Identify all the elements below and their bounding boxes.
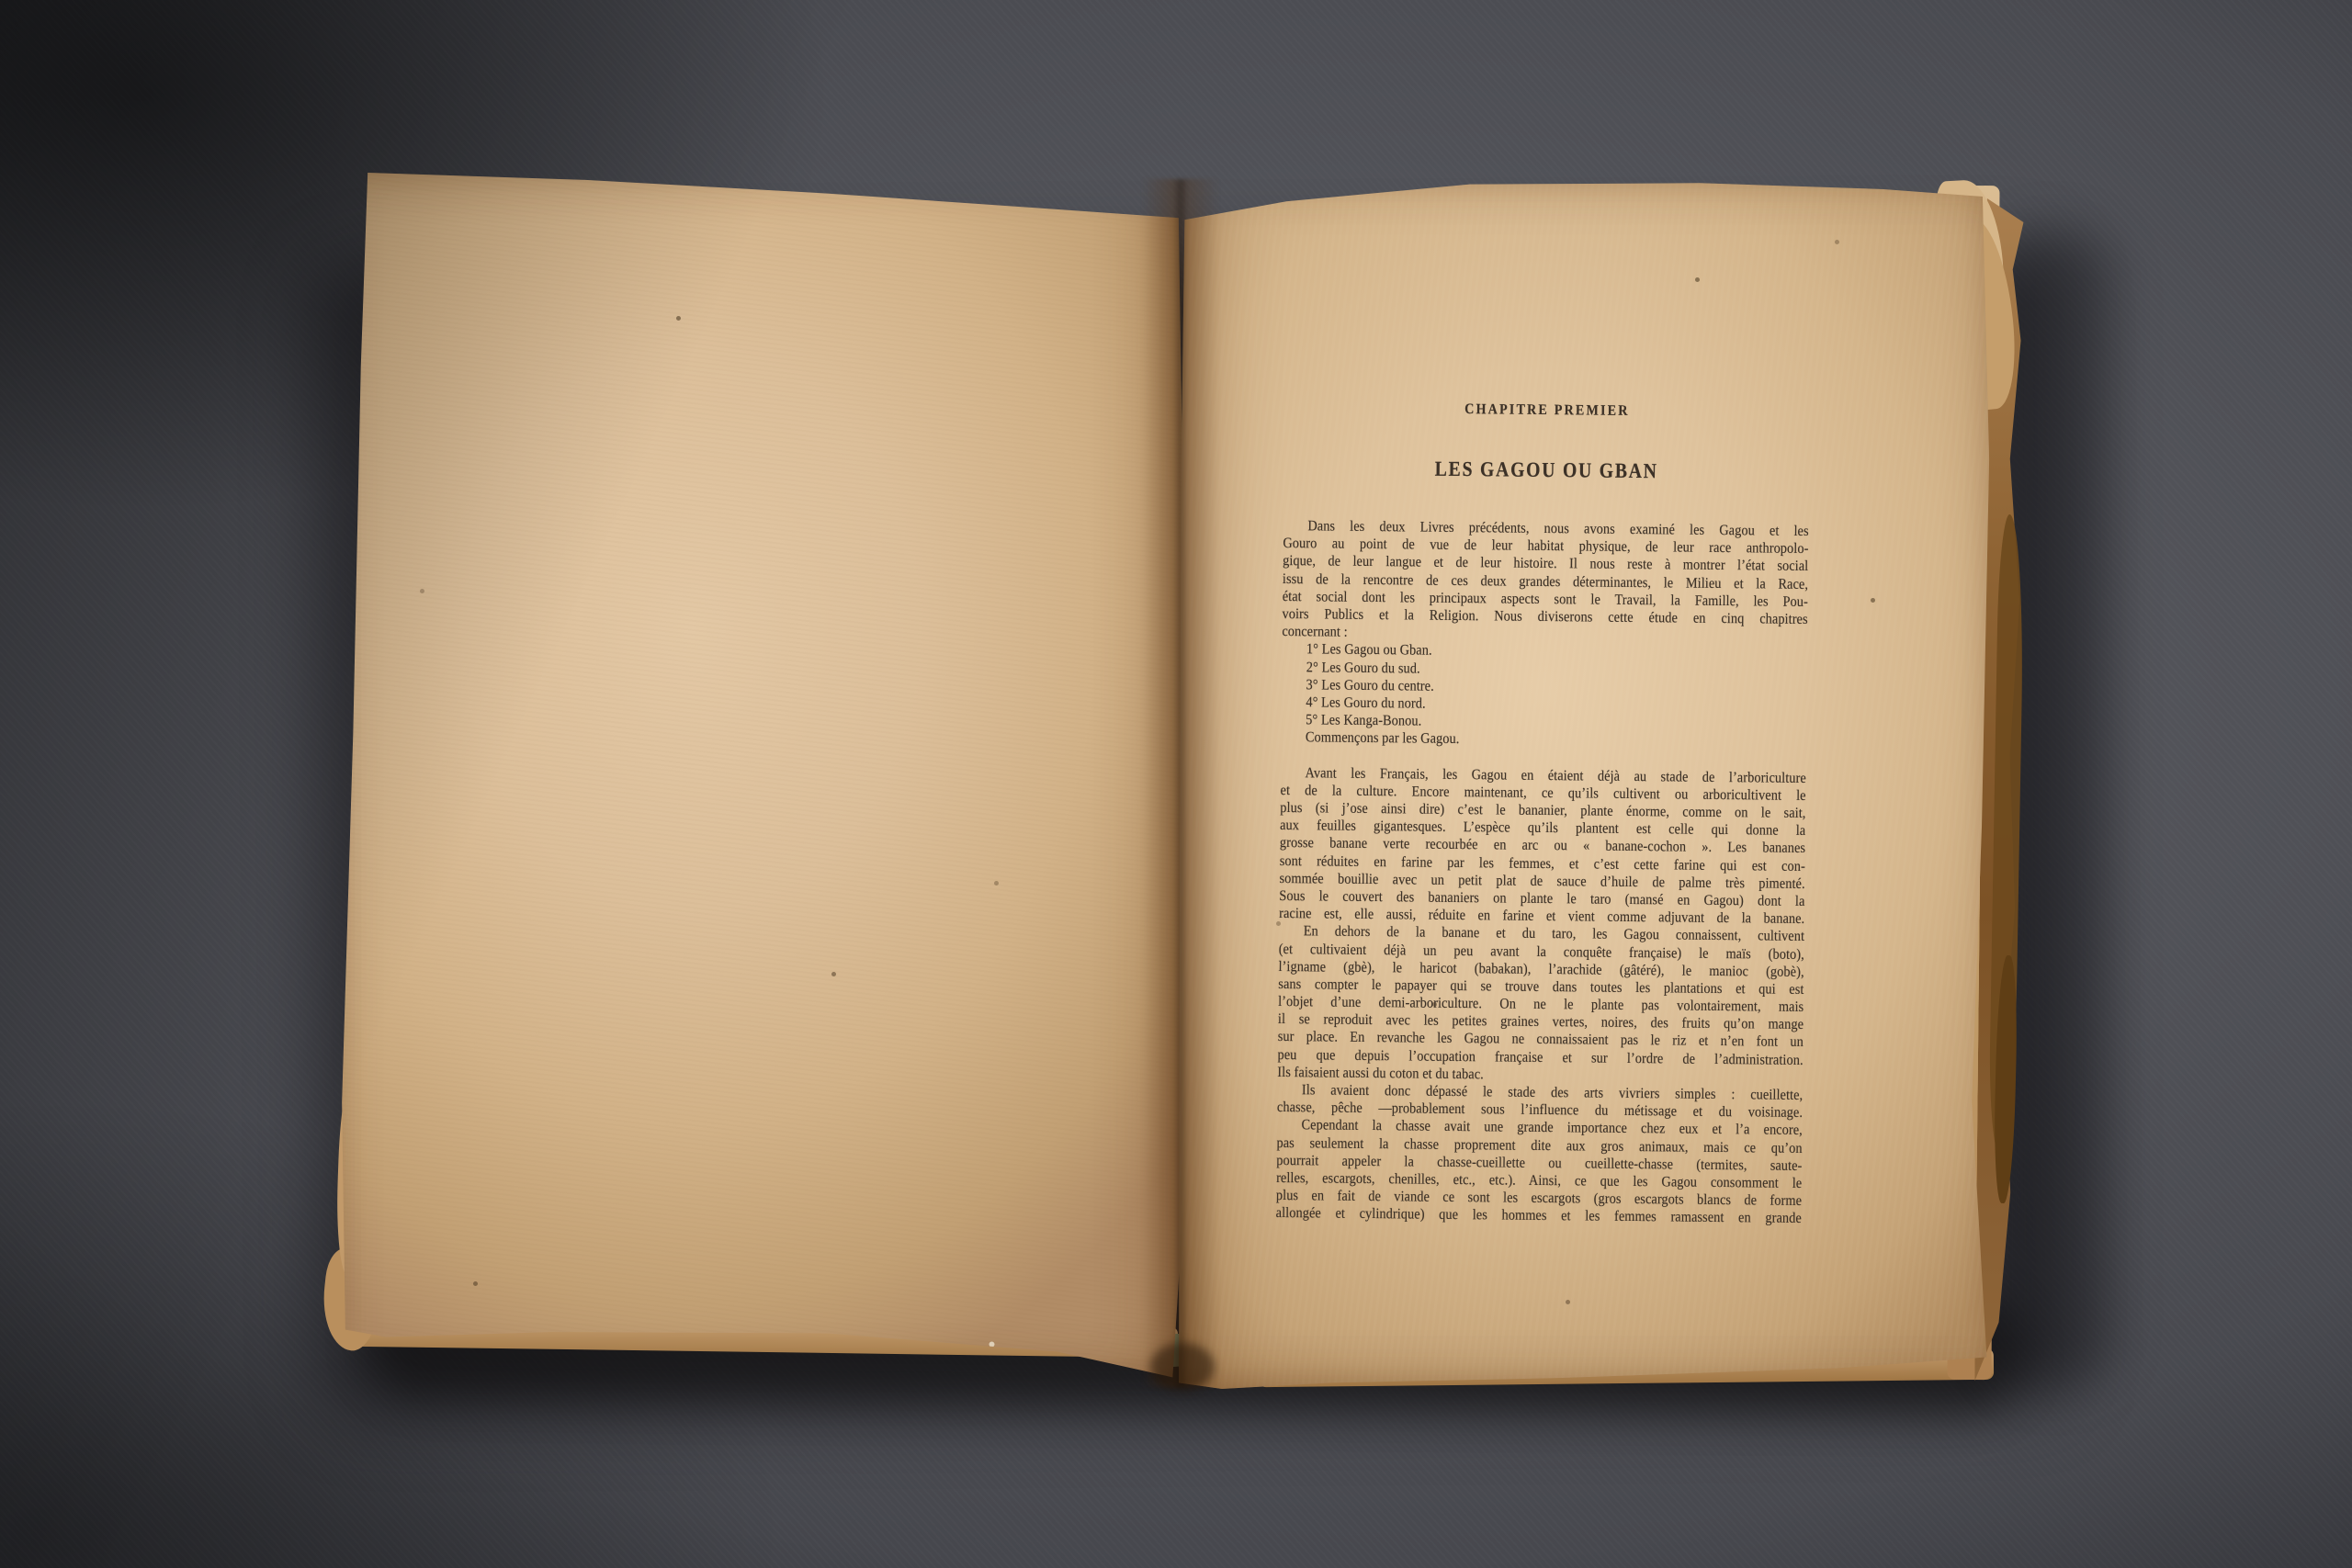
chapter-list: 1° Les Gagou ou Gban.2° Les Gouro du sud… <box>1281 640 1807 751</box>
paragraph: En dehors de la banane et du taro, les G… <box>1277 922 1804 1087</box>
paragraph: Ils avaient donc dépassé le stade des ar… <box>1277 1081 1803 1122</box>
paragraph: Cependant la chasse avait une grande imp… <box>1276 1116 1803 1227</box>
chapter-heading: CHAPITRE PREMIER <box>1316 399 1779 422</box>
right-page: CHAPITRE PREMIER LES GAGOU OU GBAN Dans … <box>1171 175 1998 1396</box>
paragraph: Avant les Français, les Gagou en étaient… <box>1279 764 1806 929</box>
paragraph: Dans les deux Livres précédents, nous av… <box>1282 517 1808 646</box>
text-column: CHAPITRE PREMIER LES GAGOU OU GBAN Dans … <box>1276 399 1810 1227</box>
left-page-blank <box>331 165 1190 1387</box>
body-text: Dans les deux Livres précédents, nous av… <box>1276 517 1809 1227</box>
gutter-shadow <box>1142 179 1219 1387</box>
gutter-bottom-shadow <box>1150 1343 1215 1391</box>
page-title: LES GAGOU OU GBAN <box>1320 455 1772 485</box>
photo-backdrop: CHAPITRE PREMIER LES GAGOU OU GBAN Dans … <box>0 0 2352 1568</box>
